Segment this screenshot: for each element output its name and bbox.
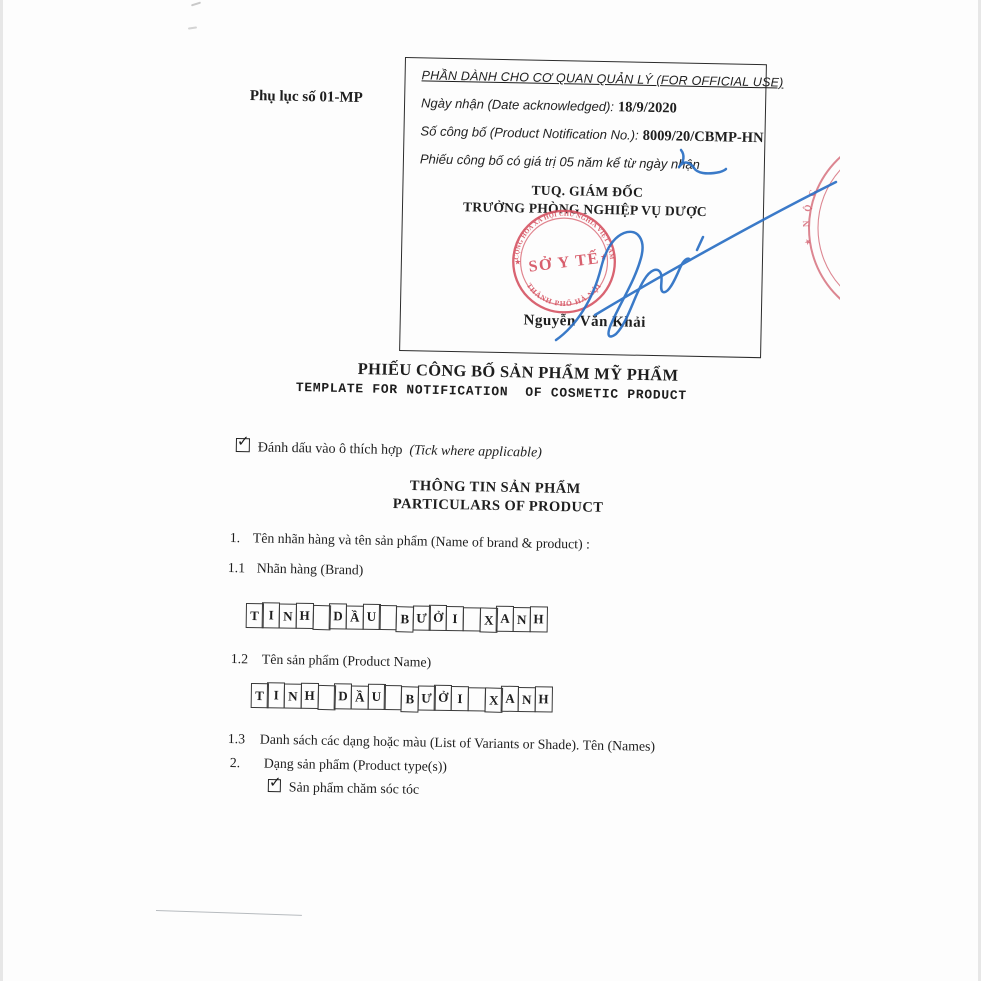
letter-cell: N	[284, 683, 302, 708]
scan-speck	[191, 2, 201, 7]
letter-cell: Ở	[429, 605, 447, 631]
letter-cell: I	[451, 686, 469, 711]
letter-cell: D	[329, 603, 347, 629]
letter-cell: U	[362, 604, 380, 630]
letter-cell: N	[279, 603, 297, 628]
section-heading-vi: THÔNG TIN SẢN PHẨM	[410, 478, 581, 498]
letter-cell	[312, 605, 331, 631]
item-1-text: Tên nhãn hàng và tên sản phẩm (Name of b…	[253, 530, 590, 551]
item-1-3-line: 1.3Danh sách các dạng hoặc màu (List of …	[228, 731, 655, 755]
letter-cell: H	[529, 606, 547, 632]
tick-instruction-checkbox: ✓	[236, 438, 250, 452]
letter-cell: X	[479, 607, 498, 633]
item-1-3-text: Danh sách các dạng hoặc màu (List of Var…	[260, 732, 655, 754]
letter-cell: I	[262, 602, 280, 628]
letter-cell: Ở	[434, 685, 452, 711]
letter-cell	[317, 685, 336, 711]
item-2-option-checkbox: ✓	[268, 779, 281, 792]
letter-cell: Ầ	[346, 605, 364, 629]
scan-faint-line	[156, 910, 302, 916]
letter-cell: T	[245, 603, 263, 628]
letter-cell: A	[501, 686, 519, 712]
letter-cell: B	[395, 606, 414, 633]
scan-edge-left	[0, 0, 3, 981]
item-1-2-number: 1.2	[231, 651, 262, 668]
letter-cell: I	[267, 682, 285, 708]
item-2-text: Dạng sản phẩm (Product type(s))	[264, 756, 447, 774]
letter-cell: Ầ	[351, 685, 369, 709]
tick-instruction-en: (Tick where applicable)	[409, 443, 542, 460]
item-2-number: 2.	[230, 755, 264, 772]
item-1-1-number: 1.1	[228, 560, 257, 577]
letter-cell: I	[446, 606, 464, 631]
signature-apostrophe	[697, 237, 703, 250]
date-received-line: Ngày nhận (Date acknowledged): 18/9/2020	[421, 94, 677, 117]
letter-cell: Ư	[412, 605, 430, 630]
letter-cell: H	[295, 603, 313, 629]
item-1-2-line: 1.2Tên sản phẩm (Product Name)	[231, 651, 432, 671]
acknowledgement-initials	[679, 150, 726, 173]
letter-cell: Ư	[417, 685, 435, 710]
letter-cell: A	[496, 606, 514, 632]
item-1-1-line: 1.1Nhãn hàng (Brand)	[228, 560, 364, 578]
letter-cell: B	[400, 686, 419, 713]
letter-cell	[462, 607, 480, 631]
item-1-1-text: Nhãn hàng (Brand)	[257, 561, 364, 578]
check-icon: ✓	[237, 432, 250, 450]
item-1-line: 1.Tên nhãn hàng và tên sản phẩm (Name of…	[230, 530, 590, 553]
item-1-number: 1.	[230, 530, 253, 546]
signature-main-stroke	[556, 232, 690, 340]
item-1-2-text: Tên sản phẩm (Product Name)	[262, 652, 432, 670]
check-icon: ✓	[269, 773, 282, 791]
letter-cell	[467, 687, 485, 711]
letter-cell: U	[367, 684, 385, 710]
date-received-value: 18/9/2020	[618, 99, 677, 116]
letter-cell: N	[518, 687, 536, 712]
tick-instruction-line: ✓Đánh dấu vào ô thích hợp (Tick where ap…	[236, 438, 542, 462]
tick-instruction-vi: Đánh dấu vào ô thích hợp	[258, 440, 403, 458]
item-2-line: 2.Dạng sản phẩm (Product type(s))	[230, 755, 447, 775]
appendix-label: Phụ lục số 01-MP	[250, 88, 363, 107]
date-received-label: Ngày nhận (Date acknowledged):	[421, 95, 614, 114]
product-name-letter-boxes: TINHDẦUBƯỞIXANH	[252, 683, 553, 714]
letter-cell: X	[484, 687, 503, 713]
brand-letter-boxes: TINHDẦUBƯỞIXANH	[247, 603, 548, 634]
scanned-document-page: { "colors": { "stamp_red": "#d5505f", "s…	[0, 0, 981, 981]
letter-cell: T	[250, 683, 268, 708]
letter-cell: N	[513, 607, 531, 632]
item-1-3-number: 1.3	[228, 731, 260, 748]
item-2-option-label: Sản phẩm chăm sóc tóc	[289, 779, 420, 796]
section-heading-en: PARTICULARS OF PRODUCT	[393, 496, 604, 517]
letter-cell: D	[334, 683, 352, 709]
official-box-heading: PHẦN DÀNH CHO CƠ QUAN QUẢN LÝ (FOR OFFIC…	[421, 68, 783, 89]
scan-speck	[188, 26, 197, 29]
item-2-option-line: ✓Sản phẩm chăm sóc tóc	[268, 779, 420, 798]
letter-cell: H	[300, 683, 318, 709]
letter-cell: H	[534, 686, 552, 712]
signature-flourish	[595, 182, 836, 315]
